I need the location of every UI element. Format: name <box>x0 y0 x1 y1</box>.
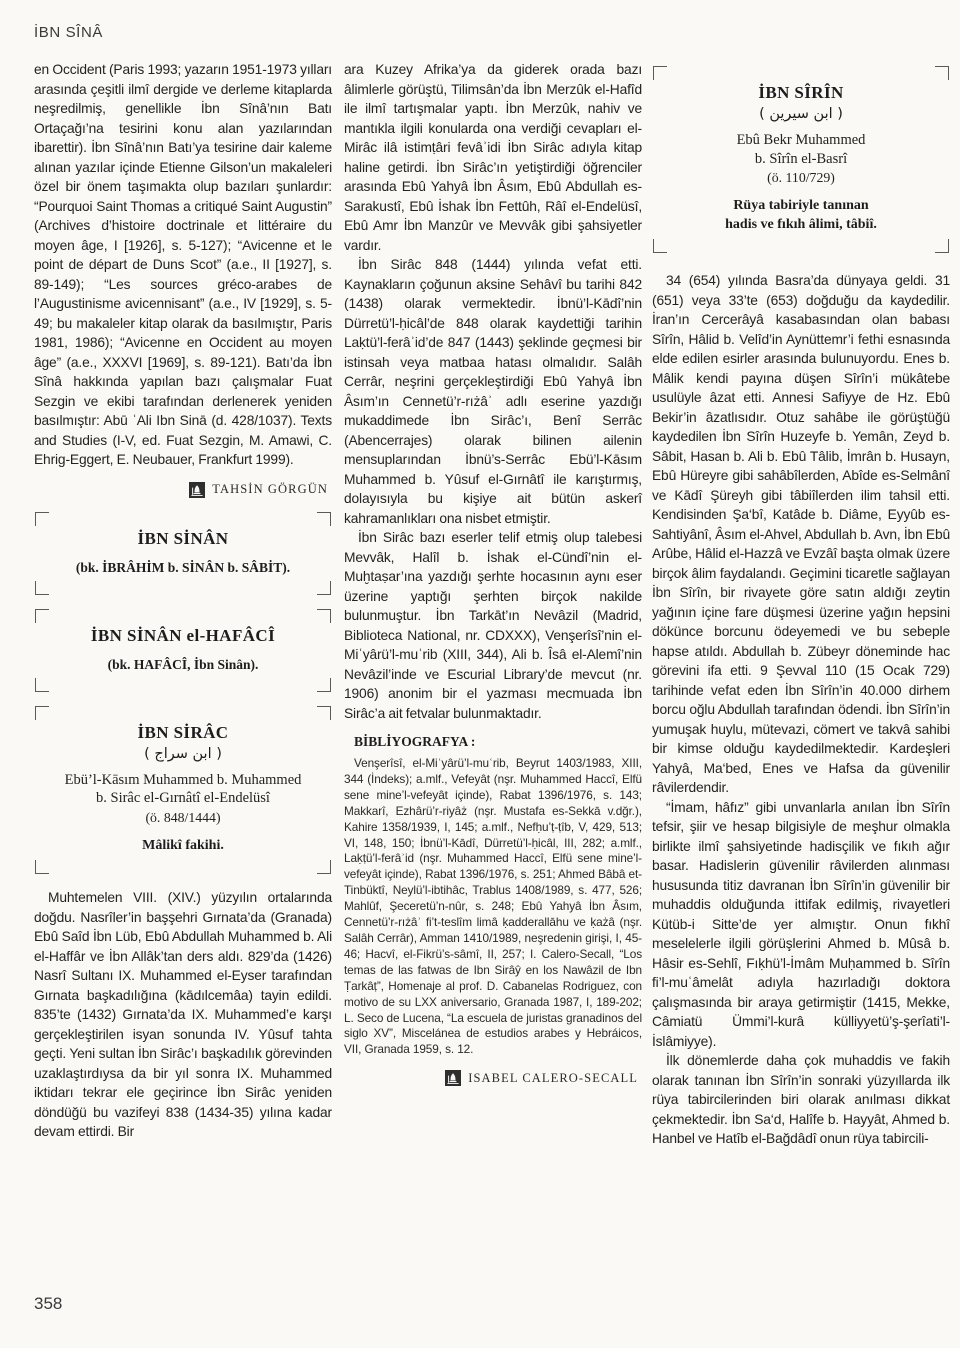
corner-bracket-icon <box>653 66 667 80</box>
entry-title: İBN SİRÂC <box>52 723 314 743</box>
cross-reference: (bk. İBRÂHİM b. SİNÂN b. SÂBİT). <box>52 560 314 576</box>
running-header: İBN SÎNÂ <box>34 24 103 41</box>
entry-description: Rüya tabiriyle tanınan hadis ve fıkıh âl… <box>670 197 932 234</box>
corner-bracket-icon <box>317 581 331 595</box>
entry-full-name: Ebü’l-Kāsım Muhammed b. Muhammed b. Sirâ… <box>52 771 314 808</box>
entry-ibn-sirin: İBN SÎRÎN ( ابن سيرين ) Ebû Bekr Muhamme… <box>652 66 950 253</box>
corner-bracket-icon <box>35 609 49 623</box>
entry-full-name-line: Ebü’l-Kāsım Muhammed b. Muhammed <box>52 771 314 790</box>
entry-full-name-line: b. Sîrîn el-Basrî <box>670 150 932 169</box>
article-paragraph: Muhtemelen VIII. (XIV.) yüzyılın ortalar… <box>34 888 332 1142</box>
entry-arabic-name: ( ابن سراج ) <box>52 746 314 762</box>
entry-description: Mâlikî fakihi. <box>52 837 314 856</box>
article-paragraph: “İmam, hâfız” gibi unvanlarla anılan İbn… <box>652 798 950 1052</box>
corner-bracket-icon <box>653 239 667 253</box>
author-signature: ISABEL CALERO-SECALL <box>344 1070 638 1086</box>
page-number: 358 <box>34 1294 62 1314</box>
entry-death-date: (ö. 110/729) <box>670 170 932 186</box>
entry-description-line: hadis ve fıkıh âlimi, tâbiî. <box>670 216 932 235</box>
entry-full-name: Ebû Bekr Muhammed b. Sîrîn el-Basrî <box>670 131 932 168</box>
article-paragraph: 34 (654) yılında Basra’da dünyaya geldi.… <box>652 271 950 798</box>
bibliography-heading: BİBLİYOGRAFYA : <box>344 734 642 750</box>
encyclopedia-page: İBN SÎNÂ en Occident (Paris 1993; yazarı… <box>0 0 960 1348</box>
entry-title: İBN SİNÂN el-HAFÂCÎ <box>52 626 314 646</box>
article-paragraph: İbn Sirâc 848 (1444) yılında vefat etti.… <box>344 255 642 528</box>
author-name: TAHSİN GÖRGÜN <box>212 482 328 497</box>
entry-ibn-sinan-el-hafaci: İBN SİNÂN el-HAFÂCÎ (bk. HAFÂCÎ, İbn Sin… <box>34 609 332 692</box>
corner-bracket-icon <box>35 581 49 595</box>
entry-full-name-line: Ebû Bekr Muhammed <box>670 131 932 150</box>
entry-full-name-line: b. Sirâc el-Gırnâtî el-Endelüsî <box>52 789 314 808</box>
column-middle: ara Kuzey Afrika’ya da giderek orada baz… <box>344 60 642 1094</box>
corner-bracket-icon <box>317 609 331 623</box>
corner-bracket-icon <box>317 678 331 692</box>
corner-bracket-icon <box>935 239 949 253</box>
corner-bracket-icon <box>35 860 49 874</box>
article-paragraph: İlk dönemlerde daha çok muhaddis ve faki… <box>652 1051 950 1149</box>
column-right: İBN SÎRÎN ( ابن سيرين ) Ebû Bekr Muhamme… <box>652 60 950 1149</box>
tdv-logo-icon <box>189 482 205 498</box>
article-paragraph: en Occident (Paris 1993; yazarın 1951-19… <box>34 60 332 470</box>
corner-bracket-icon <box>317 706 331 720</box>
article-paragraph: İbn Sirâc bazı eserler telif etmiş olup … <box>344 528 642 723</box>
corner-bracket-icon <box>935 66 949 80</box>
corner-bracket-icon <box>35 678 49 692</box>
cross-reference: (bk. HAFÂCÎ, İbn Sinân). <box>52 657 314 673</box>
entry-arabic-name: ( ابن سيرين ) <box>670 106 932 122</box>
entry-ibn-sirac: İBN SİRÂC ( ابن سراج ) Ebü’l-Kāsım Muham… <box>34 706 332 875</box>
tdv-logo-icon <box>445 1070 461 1086</box>
author-name: ISABEL CALERO-SECALL <box>468 1071 638 1086</box>
corner-bracket-icon <box>317 512 331 526</box>
article-paragraph: ara Kuzey Afrika’ya da giderek orada baz… <box>344 60 642 255</box>
corner-bracket-icon <box>35 512 49 526</box>
entry-death-date: (ö. 848/1444) <box>52 810 314 826</box>
corner-bracket-icon <box>317 860 331 874</box>
entry-ibn-sinan: İBN SİNÂN (bk. İBRÂHİM b. SİNÂN b. SÂBİT… <box>34 512 332 595</box>
entry-title: İBN SİNÂN <box>52 529 314 549</box>
corner-bracket-icon <box>35 706 49 720</box>
column-left: en Occident (Paris 1993; yazarın 1951-19… <box>34 60 332 1142</box>
bibliography-text: Venşerîsî, el-Miʿyârü’l-muʿrib, Beyrut 1… <box>344 756 642 1058</box>
entry-title: İBN SÎRÎN <box>670 83 932 103</box>
entry-description-line: Rüya tabiriyle tanınan <box>670 197 932 216</box>
author-signature: TAHSİN GÖRGÜN <box>34 482 328 498</box>
